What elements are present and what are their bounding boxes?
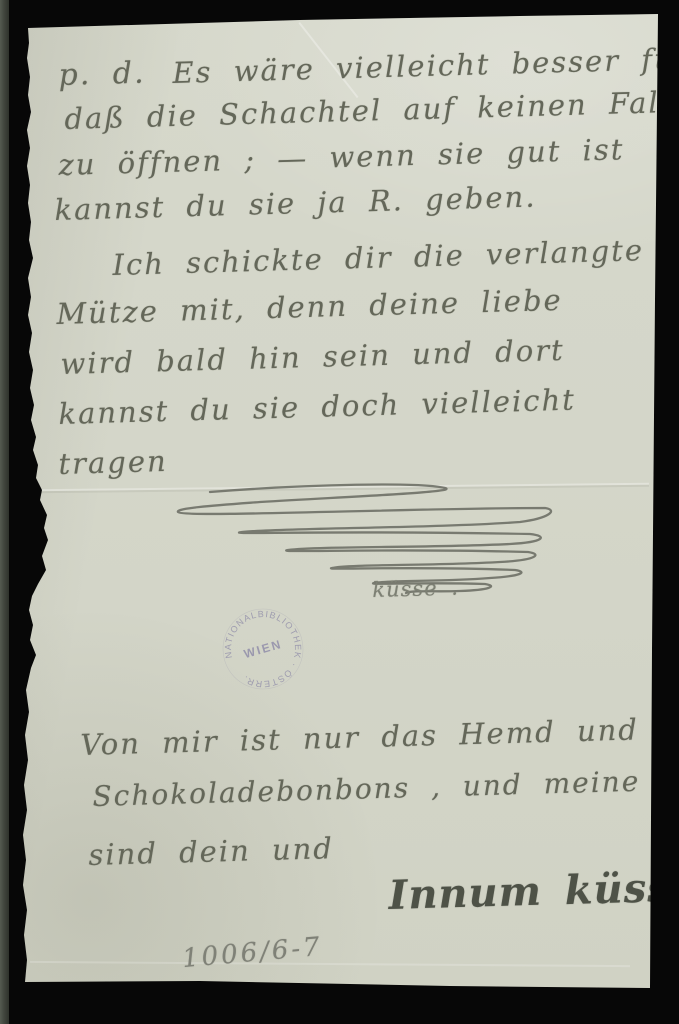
handwriting-line: tragen bbox=[58, 444, 168, 481]
scan-edge-strip bbox=[0, 0, 9, 1024]
scanned-letter-photo: p. d. Es wäre vielleicht besser für daß … bbox=[0, 0, 679, 1024]
archive-number: 1006/6-7 bbox=[181, 932, 324, 974]
handwriting-line: Von mir ist nur das Hemd und die bbox=[80, 710, 679, 762]
handwriting-line: Es wäre vielleicht besser für bbox=[172, 42, 679, 90]
library-stamp: NATIONALBIBLIOTHEK · ÖSTERR. WIEN bbox=[206, 592, 320, 706]
handwriting-line: Ich schickte dir die verlangte bbox=[112, 233, 644, 282]
signature: Innum küsse. bbox=[388, 863, 679, 919]
stamp-center-text: WIEN bbox=[242, 637, 284, 661]
handwriting-line: Mütze mit, denn deine liebe bbox=[56, 283, 563, 331]
handwriting-line: kannst du sie doch vielleicht bbox=[58, 383, 576, 431]
handwriting-opening: p. d. bbox=[58, 56, 146, 93]
handwriting-line: Schokoladebonbons , und meine Hände bbox=[92, 761, 679, 813]
fold-crease-bottom bbox=[30, 961, 630, 967]
spiral-kisses-scribble bbox=[160, 478, 560, 598]
handwriting-line: zu öffnen ; — wenn sie gut ist bbox=[58, 132, 625, 182]
letter-paper: p. d. Es wäre vielleicht besser für daß … bbox=[0, 0, 679, 1024]
handwriting-line: daß die Schachtel auf keinen Fall bbox=[64, 85, 671, 136]
handwriting-line: kannst du sie ja R. geben. bbox=[54, 180, 537, 227]
handwriting-line: wird bald hin sein und dort bbox=[60, 333, 565, 381]
handwriting-kisses-word: küsse . bbox=[372, 576, 459, 602]
handwriting-line: sind dein und bbox=[88, 831, 334, 872]
